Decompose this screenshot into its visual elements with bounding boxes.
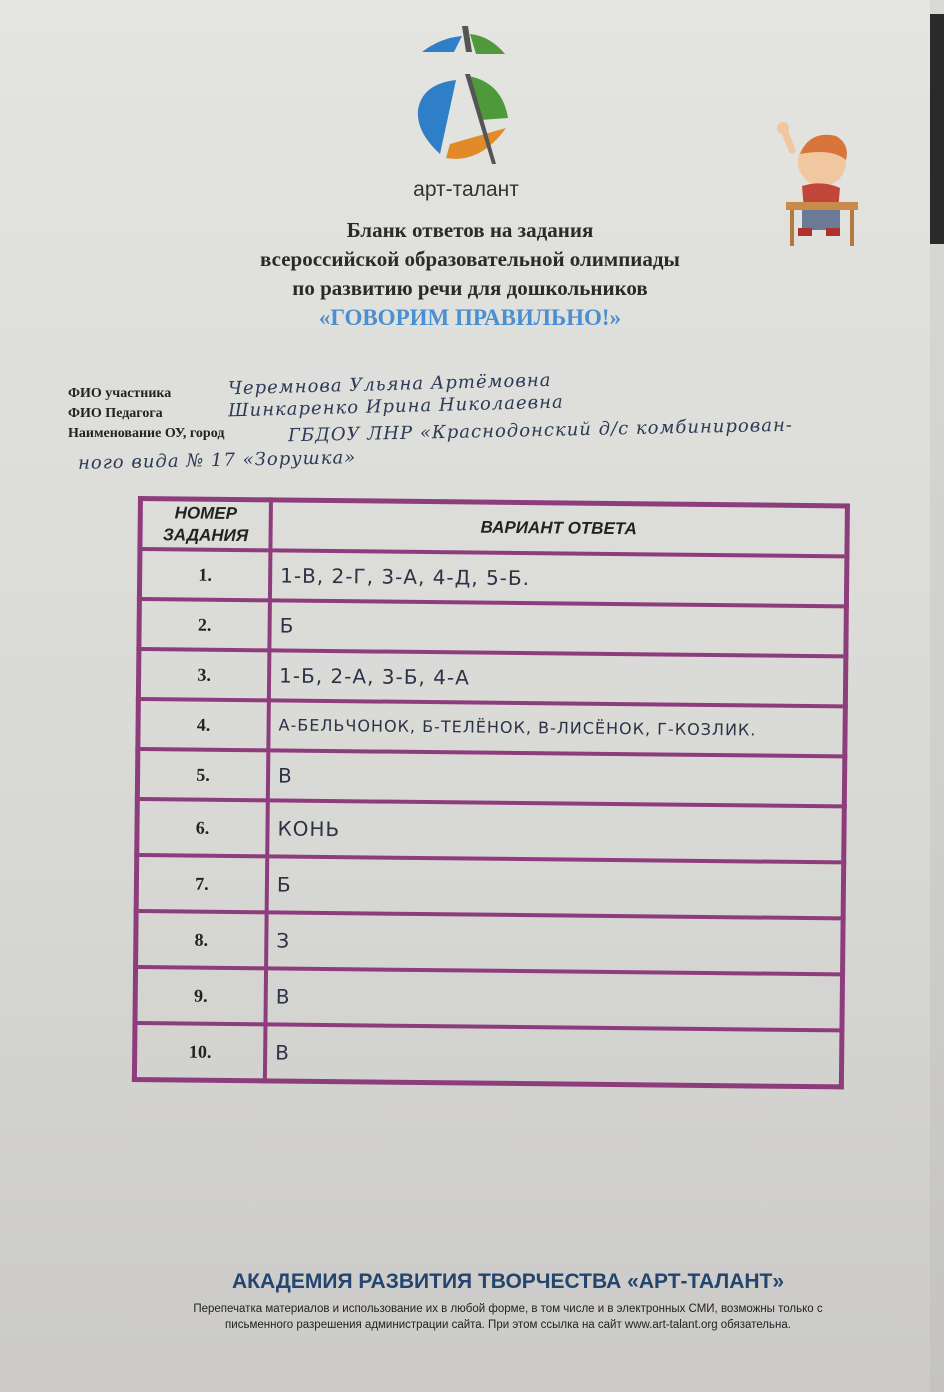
task-number: 10. (134, 1023, 265, 1081)
footer-note-line-2: письменного разрешения администрации сай… (100, 1317, 916, 1333)
answer-value: Б (269, 600, 846, 656)
task-number: 4. (138, 699, 269, 750)
logo-text: арт-талант (396, 178, 536, 202)
answer-sheet-page: арт-талант Бланк ответов на задания всер… (0, 0, 930, 1392)
footer-title: АКАДЕМИЯ РАЗВИТИЯ ТВОРЧЕСТВА «АРТ-ТАЛАНТ… (100, 1270, 916, 1294)
document-title: Бланк ответов на задания всероссийской о… (140, 216, 800, 332)
table-row: 3. 1-Б, 2-А, 3-Б, 4-А (138, 649, 845, 706)
title-line-3: по развитию речи для дошкольников (140, 274, 800, 303)
answer-value: В (268, 750, 845, 806)
answers-table: НОМЕР ЗАДАНИЯ ВАРИАНТ ОТВЕТА 1. 1-В, 2-Г… (132, 496, 850, 1089)
participant-label: ФИО участника (68, 386, 171, 402)
table-row: 6. КОНЬ (137, 799, 845, 862)
task-number: 9. (135, 967, 266, 1024)
school-value-line-1: ГБДОУ ЛНР «Краснодонский д/с комбинирова… (288, 415, 793, 447)
answer-value: 1-В, 2-Г, 3-А, 4-Д, 5-Б. (270, 550, 847, 606)
olympiad-slogan: «ГОВОРИМ ПРАВИЛЬНО!» (140, 303, 800, 332)
art-talant-logo-icon (410, 14, 520, 174)
answer-value: В (265, 1024, 842, 1087)
school-label: Наименование ОУ, город (68, 426, 224, 442)
table-row: 1. 1-В, 2-Г, 3-А, 4-Д, 5-Б. (139, 549, 846, 606)
table-row: 8. З (136, 911, 844, 974)
school-value-line-2: ного вида № 17 «Зорушка» (78, 447, 357, 474)
answer-value: З (266, 912, 843, 974)
task-number: 1. (139, 549, 270, 600)
table-row: 10. В (134, 1023, 842, 1087)
table-row: 9. В (135, 967, 843, 1030)
task-number: 2. (139, 599, 270, 650)
column-header-number: НОМЕР ЗАДАНИЯ (140, 499, 271, 551)
table-row: 2. Б (139, 599, 846, 656)
task-number: 8. (136, 911, 267, 968)
table-row: 5. В (137, 749, 844, 806)
answer-value: 1-Б, 2-А, 3-Б, 4-А (269, 650, 846, 706)
task-number: 5. (137, 749, 268, 800)
title-line-2: всероссийской образовательной олимпиады (140, 245, 800, 274)
answer-value: Б (267, 856, 844, 918)
table-row: 4. А-БЕЛЬЧОНОК, Б-ТЕЛЁНОК, В-ЛИСЁНОК, Г-… (138, 699, 845, 756)
task-number: 6. (137, 799, 268, 856)
task-number: 3. (138, 649, 269, 700)
answer-value: В (265, 968, 842, 1030)
title-line-1: Бланк ответов на задания (140, 216, 800, 245)
column-header-answer: ВАРИАНТ ОТВЕТА (270, 500, 847, 557)
answer-value: А-БЕЛЬЧОНОК, Б-ТЕЛЁНОК, В-ЛИСЁНОК, Г-КОЗ… (268, 700, 845, 756)
footer-note-line-1: Перепечатка материалов и использование и… (100, 1301, 916, 1317)
task-number: 7. (136, 855, 267, 912)
answer-value: КОНЬ (267, 800, 844, 862)
table-row: 7. Б (136, 855, 844, 918)
footer-copyright-note: Перепечатка материалов и использование и… (100, 1301, 916, 1333)
teacher-label: ФИО Педагога (68, 406, 163, 422)
